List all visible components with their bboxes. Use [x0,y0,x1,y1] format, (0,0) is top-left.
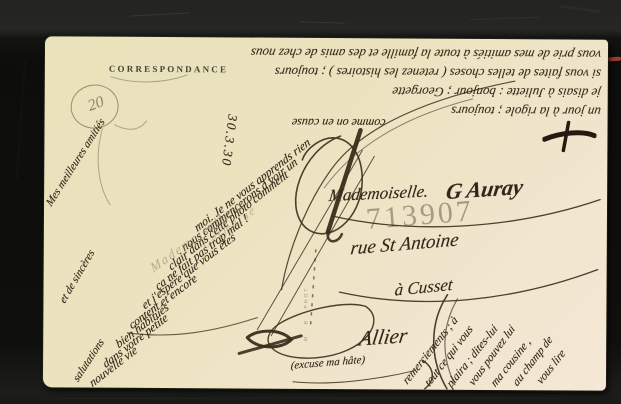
backdrop-scratch [60,398,560,399]
handwriting-line: si vous faites de telles choses ( retene… [52,61,602,83]
backdrop-scratch [130,12,190,16]
date-vertical: 30.3.30 [218,113,241,168]
address-department: Allier [358,323,409,351]
handwriting-line: je disais à Juliette : bonjour ; Georget… [205,81,602,102]
red-edge-mark [608,57,621,62]
circled-number: 20 [86,93,107,115]
publisher-imprint: · M · B · PHOT · [303,188,310,348]
handwriting-line: et de sincères [57,247,97,306]
address-name: G Auray [444,174,525,205]
photo-backdrop: CORRESPONDANCE un jour à la rigole ; tou… [0,0,621,404]
address-street: rue St Antoine [349,229,459,260]
backdrop-scratch [300,21,345,24]
haste-note: (excuse ma hâte) [290,354,365,372]
backdrop-scratch [560,5,600,13]
backdrop-scratch [16,60,26,180]
message-top-inverted: un jour à la rigole ; toujours je disais… [53,40,601,121]
handwriting-line: vous prie de mes amitiés à toute la fami… [51,42,602,64]
handwriting-line: comme on en cause [291,115,387,131]
backdrop-scratch [470,17,540,20]
address-town: à Cusset [394,275,453,301]
cross-mark-icon [542,119,596,158]
handwriting-line: Mes meilleures amitiés [44,116,107,209]
postcard: CORRESPONDANCE un jour à la rigole ; tou… [43,36,608,390]
